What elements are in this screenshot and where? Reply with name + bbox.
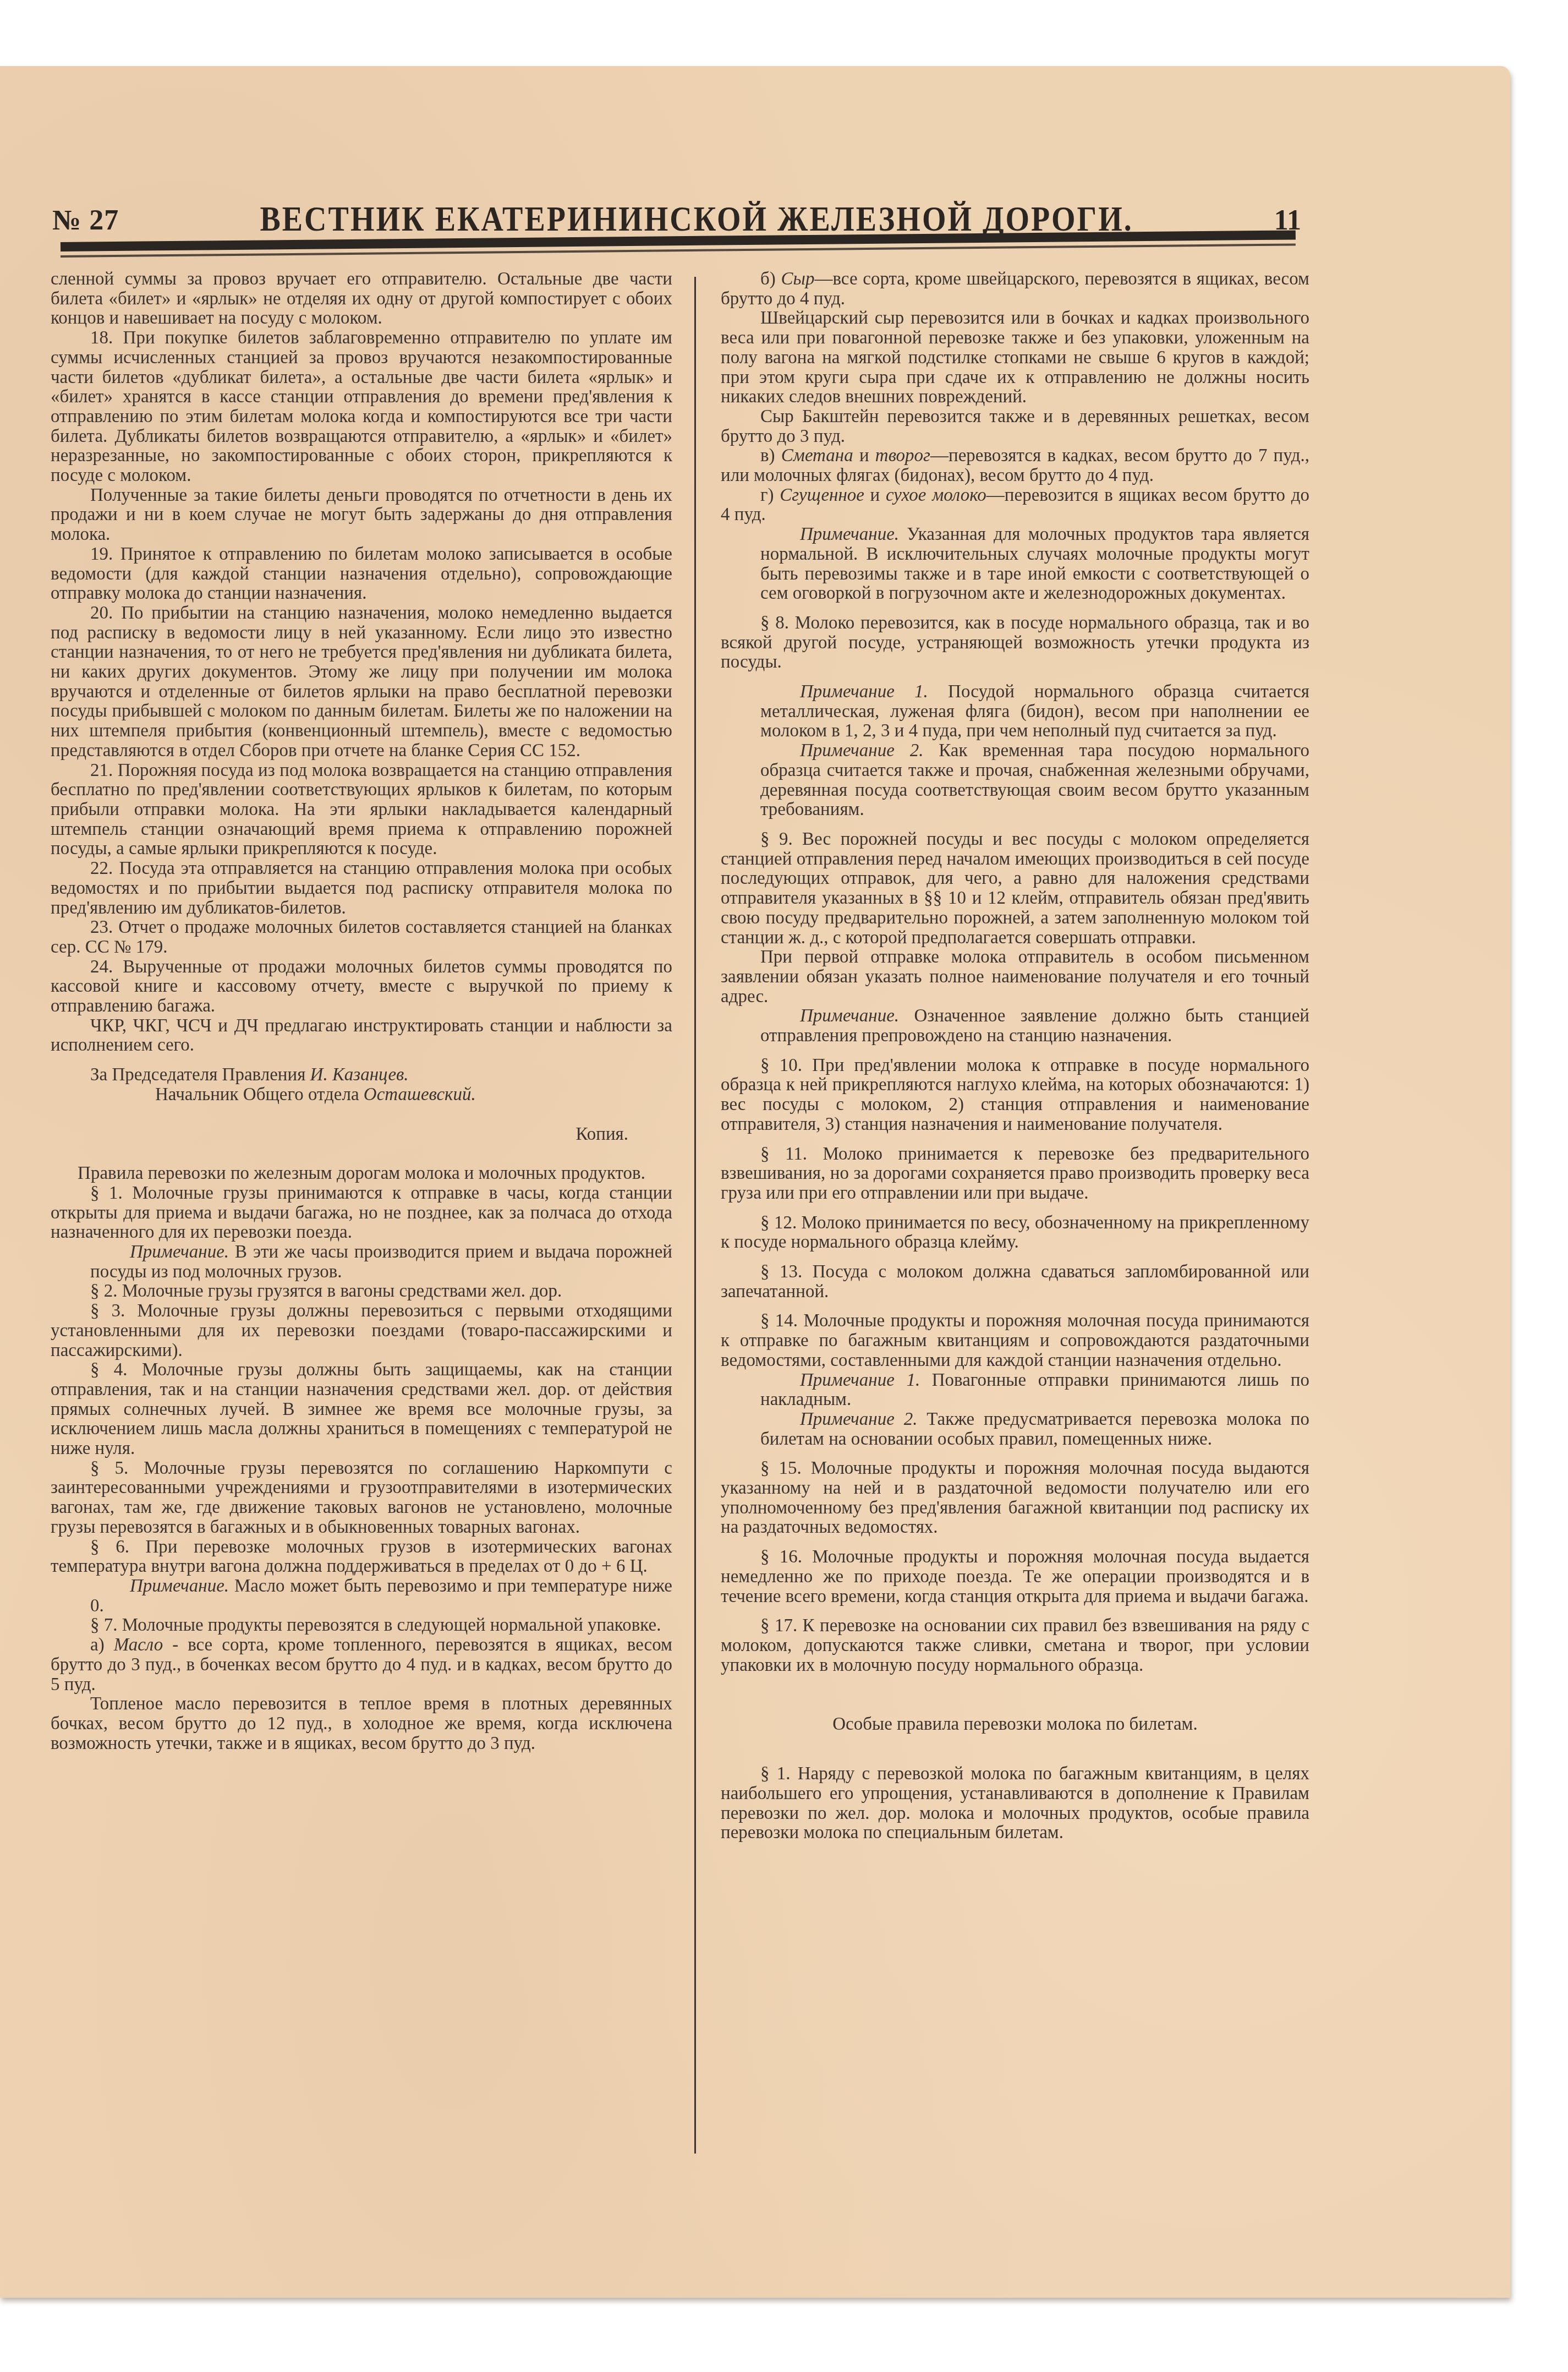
paragraph: При первой отправке молока отправитель в…: [721, 948, 1309, 1007]
paragraph-24: 24. Вырученные от продажи молочных билет…: [51, 958, 672, 1016]
section-7v: в) Сметана и творог—перевозятся в кадках…: [721, 446, 1309, 485]
paragraph: Сыр Бакштейн перевозится также и в дерев…: [721, 407, 1309, 446]
paragraph: Полученные за такие билеты деньги провод…: [51, 486, 672, 545]
section-12: § 12. Молоко принимается по весу, обозна…: [721, 1214, 1309, 1253]
note-2: Примечание 2. Как временная тара посудою…: [760, 741, 1309, 820]
note: Примечание. В эти же часы производится п…: [90, 1243, 672, 1282]
section-3: § 3. Молочные грузы должны перевозиться …: [51, 1302, 672, 1360]
signature-chairman: За Председателя Правления И. Казанцев.: [51, 1065, 672, 1085]
section-2: § 2. Молочные грузы грузятся в вагоны ср…: [51, 1282, 672, 1302]
issue-number: № 27: [52, 204, 119, 237]
column-divider: [694, 277, 696, 2154]
note-1: Примечание 1. Посудой нормального образц…: [760, 682, 1309, 741]
section-16: § 16. Молочные продукты и порожняя молоч…: [721, 1548, 1309, 1606]
section-1: § 1. Молочные грузы принимаются к отправ…: [51, 1184, 672, 1243]
section-7a: а) Масло - все сорта, кроме топленного, …: [51, 1636, 672, 1695]
section-7: § 7. Молочные продукты перевозятся в сле…: [51, 1616, 672, 1636]
paragraph: Топленое масло перевозится в теплое врем…: [51, 1695, 672, 1753]
note-1: Примечание 1. Повагонные отправки приним…: [760, 1371, 1309, 1410]
section-14: § 14. Молочные продукты и порожняя молоч…: [721, 1311, 1309, 1370]
paragraph-22: 22. Посуда эта отправляется на станцию о…: [51, 859, 672, 918]
note-2: Примечание 2. Также предусматривается пе…: [760, 1410, 1309, 1449]
section-17: § 17. К перевозке на основании сих прави…: [721, 1616, 1309, 1675]
section-6: § 6. При перевозке молочных грузов в изо…: [51, 1538, 672, 1577]
right-column: б) Сыр—все сорта, кроме швейцарского, пе…: [721, 270, 1309, 1843]
paragraph-20: 20. По прибытии на станцию назначения, м…: [51, 604, 672, 761]
section-8: § 8. Молоко перевозится, как в посуде но…: [721, 614, 1309, 673]
section-13: § 13. Посуда с молоком должна сдаваться …: [721, 1262, 1309, 1302]
paragraph-21: 21. Порожняя посуда из под молока возвра…: [51, 761, 672, 860]
section-10: § 10. При пред'явлении молока к отправке…: [721, 1056, 1309, 1135]
section-7g: г) Сгущенное и сухое молоко—перевозится …: [721, 486, 1309, 525]
rules-title: Правила перевозки по железным дорогам мо…: [51, 1164, 672, 1184]
paragraph: сленной суммы за провоз вручает его отпр…: [51, 270, 672, 329]
paragraph-instruction: ЧКР, ЧКГ, ЧСЧ и ДЧ предлагаю инструктиро…: [51, 1016, 672, 1056]
section-5: § 5. Молочные грузы перевозятся по согла…: [51, 1459, 672, 1538]
section-7b: б) Сыр—все сорта, кроме швейцарского, пе…: [721, 270, 1309, 309]
special-section-1: § 1. Наряду с перевозкой молока по багаж…: [721, 1764, 1309, 1843]
section-15: § 15. Молочные продукты и порожняя молоч…: [721, 1459, 1309, 1538]
note: Примечание. Указанная для молочных проду…: [760, 525, 1309, 604]
page-header: № 27 ВЕСТНИК ЕКАТЕРИНИНСКОЙ ЖЕЛЕЗНОЙ ДОР…: [52, 198, 1301, 237]
section-11: § 11. Молоко принимается к перевозке без…: [721, 1145, 1309, 1204]
paragraph: Швейцарский сыр перевозится или в бочках…: [721, 309, 1309, 407]
left-column: сленной суммы за провоз вручает его отпр…: [51, 270, 672, 1753]
note: Примечание. Масло может быть перевозимо …: [90, 1577, 672, 1616]
signer-name: И. Казанцев.: [310, 1065, 409, 1085]
signature-head: Начальник Общего отдела Осташевский.: [51, 1085, 672, 1105]
special-rules-title: Особые правила перевозки молока по билет…: [721, 1715, 1309, 1735]
copy-label: Копия.: [51, 1125, 628, 1145]
paragraph-19: 19. Принятое к отправлению по билетам мо…: [51, 545, 672, 604]
section-4: § 4. Молочные грузы должны быть защищаем…: [51, 1360, 672, 1459]
signer-name: Осташевский.: [364, 1085, 476, 1105]
section-9: § 9. Вес порожней посуды и вес посуды с …: [721, 830, 1309, 948]
paragraph-18: 18. При покупке билетов заблаговременно …: [51, 329, 672, 486]
paragraph-23: 23. Отчет о продаже молочных билетов сос…: [51, 918, 672, 957]
note: Примечание. Означенное заявление должно …: [760, 1007, 1309, 1046]
